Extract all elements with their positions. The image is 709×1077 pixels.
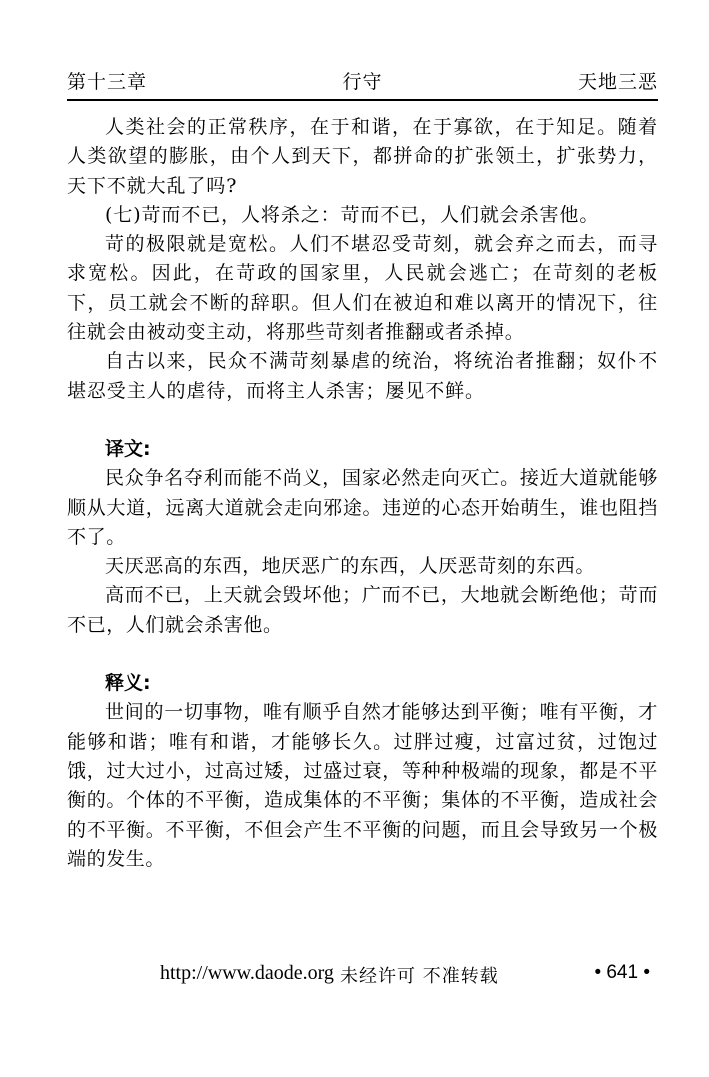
translation-paragraph: 民众争名夺利而能不尚义，国家必然走向灭亡。接近大道就能够顺从大道，远离大道就会走… [67, 464, 658, 552]
paragraph: 人类社会的正常秩序，在于和谐，在于寡欲，在于知足。随着人类欲望的膨胀，由个人到天… [67, 113, 658, 201]
page-body: 人类社会的正常秩序，在于和谐，在于寡欲，在于知足。随着人类欲望的膨胀，由个人到天… [67, 113, 658, 874]
page-footer: http://www.daode.org 未经许可 不准转载 • 641 • [67, 962, 658, 990]
spacer [67, 640, 658, 669]
explanation-heading: 释义: [67, 669, 658, 698]
page-number: • 641 • [594, 962, 650, 984]
copyright-notice: 未经许可 不准转载 [340, 962, 499, 988]
header-rule [67, 99, 658, 101]
explanation-paragraph: 世间的一切事物，唯有顺乎自然才能够达到平衡；唯有平衡，才能够和谐；唯有和谐，才能… [67, 698, 658, 874]
paragraph: 自古以来，民众不满苛刻暴虐的统治，将统治者推翻；奴仆不堪忍受主人的虐待，而将主人… [67, 347, 658, 406]
translation-paragraph: 高而不已，上天就会毁坏他；广而不已，大地就会断绝他；苛而不已，人们就会杀害他。 [67, 581, 658, 640]
header-section: 行守 [67, 67, 658, 94]
translation-paragraph: 天厌恶高的东西，地厌恶广的东西，人厌恶苛刻的东西。 [67, 552, 658, 581]
footer-url: http://www.daode.org [160, 962, 334, 985]
paragraph: (七)苛而不已，人将杀之：苛而不已，人们就会杀害他。 [67, 201, 658, 230]
paragraph: 苛的极限就是宽松。人们不堪忍受苛刻，就会弃之而去，而寻求宽松。因此，在苛政的国家… [67, 230, 658, 347]
book-page: 第十三章 行守 天地三恶 人类社会的正常秩序，在于和谐，在于寡欲，在于知足。随着… [67, 0, 658, 1077]
running-header: 第十三章 行守 天地三恶 [67, 68, 658, 94]
spacer [67, 406, 658, 435]
translation-heading: 译文: [67, 435, 658, 464]
